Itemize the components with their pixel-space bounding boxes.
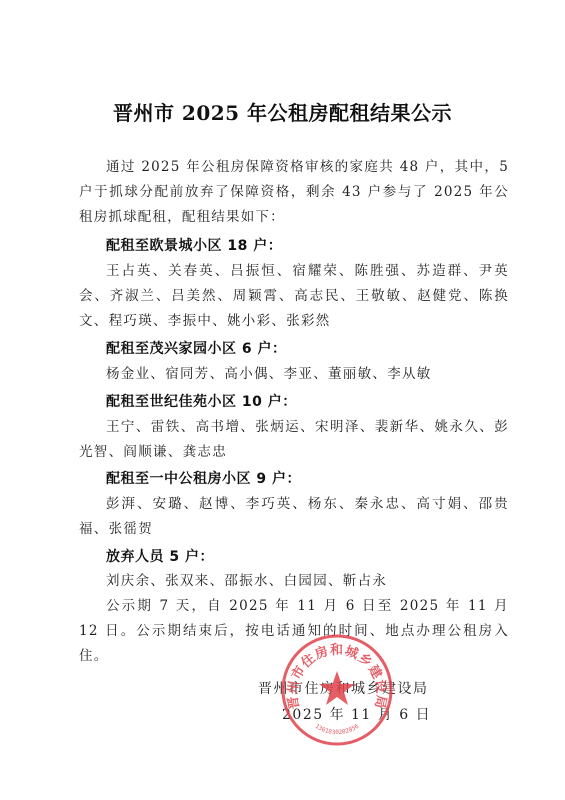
section-heading-maoxing: 配租至茂兴家园小区 6 户： xyxy=(106,338,287,358)
page-title: 晋州市 2025 年公租房配租结果公示 xyxy=(0,97,565,126)
section-names-maoxing: 杨金业、宿同芳、高小偶、李亚、董丽敏、李从敏 xyxy=(79,362,509,387)
section-heading-shijijiayuan: 配租至世纪佳苑小区 10 户： xyxy=(106,391,297,411)
section-names-yizhong: 彭湃、安璐、赵博、李巧英、杨东、秦永忠、高寸娟、邵贵福、张徭贺 xyxy=(79,492,509,542)
section-names-shijijiayuan: 王宁、雷铁、高书增、张炳运、宋明泽、裴新华、姚永久、彭光智、阎顺谦、龚志忠 xyxy=(79,415,509,465)
document-page: 晋州市 2025 年公租房配租结果公示 通过 2025 年公租房保障资格审核的家… xyxy=(0,0,565,800)
intro-paragraph: 通过 2025 年公租房保障资格审核的家庭共 48 户，其中，5 户于抓球分配前… xyxy=(79,155,509,230)
intro-text: 通过 2025 年公租房保障资格审核的家庭共 48 户，其中，5 户于抓球分配前… xyxy=(79,155,509,230)
section-heading-oujingcheng: 配租至欧景城小区 18 户： xyxy=(106,235,282,255)
issue-date: 2025 年 11 月 6 日 xyxy=(282,704,431,724)
svg-text:1301830202056: 1301830202056 xyxy=(314,723,361,737)
section-names-abandoned: 刘庆余、张双来、邵振水、白园园、靳占永 xyxy=(79,569,509,594)
notice-period-text: 公示期 7 天，自 2025 年 11 月 6 日至 2025 年 11 月 1… xyxy=(79,594,509,669)
issuer-name: 晋州市住房和城乡建设局 xyxy=(258,678,429,698)
section-heading-yizhong: 配租至一中公租房小区 9 户： xyxy=(106,468,301,488)
section-names-oujingcheng: 王占英、关春英、吕振恒、宿耀荣、陈胜强、苏造群、尹英会、齐淑兰、吕美然、周颖霄、… xyxy=(79,259,509,334)
section-heading-abandoned: 放弃人员 5 户： xyxy=(106,546,214,566)
